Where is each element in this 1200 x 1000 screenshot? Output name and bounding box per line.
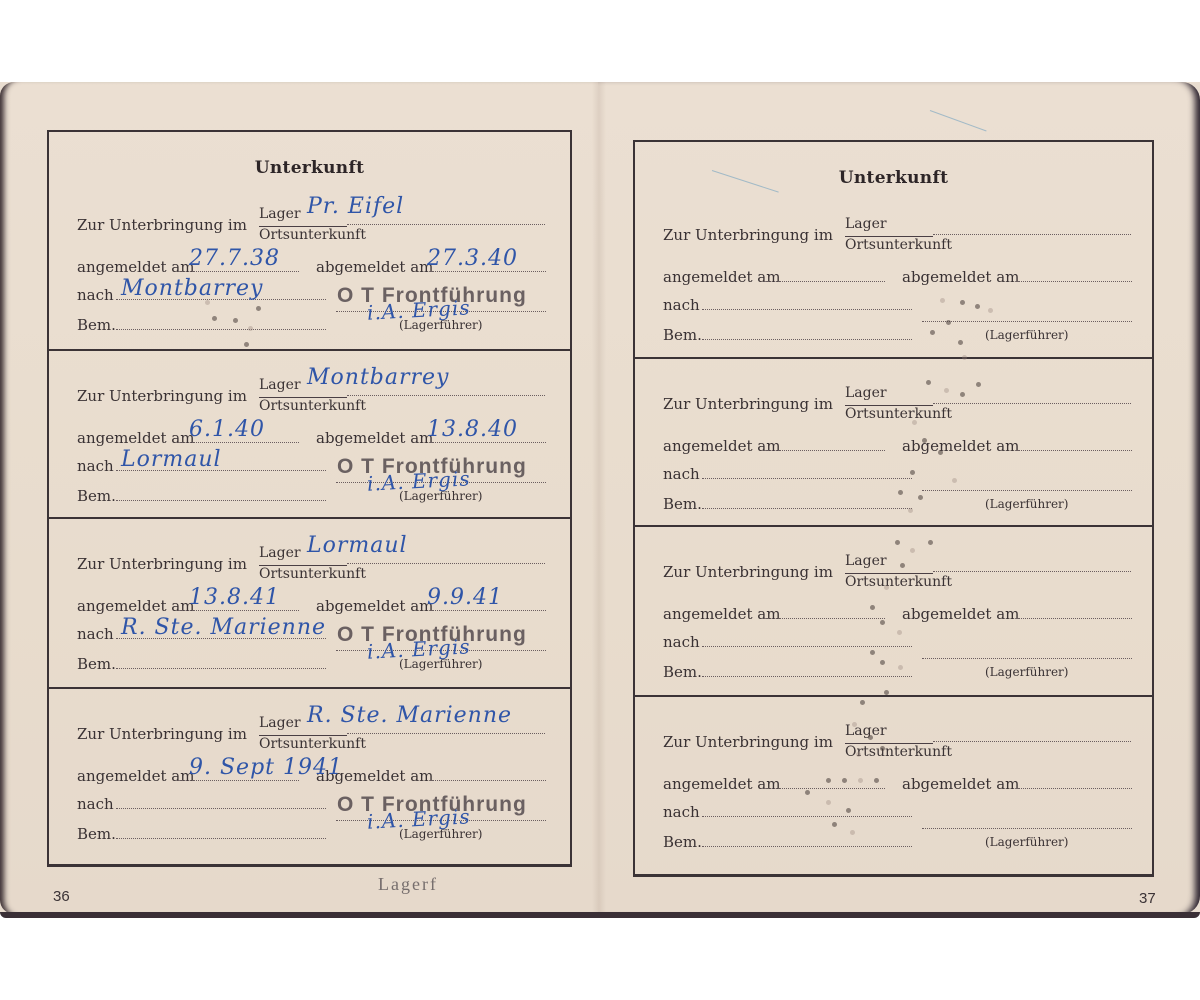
registered-label: angemeldet am bbox=[663, 437, 780, 455]
destination-label: nach bbox=[77, 625, 114, 643]
perforation-hole bbox=[962, 355, 967, 360]
deregistered-label: abgemeldet am bbox=[316, 429, 433, 447]
lager-label: Lager bbox=[259, 206, 301, 222]
perforation-hole bbox=[870, 650, 875, 655]
camp-leader-label: (Lagerführer) bbox=[985, 328, 1068, 342]
perforation-hole bbox=[944, 388, 949, 393]
perforation-hole bbox=[897, 630, 902, 635]
deregistered-date-field[interactable] bbox=[430, 780, 546, 781]
perforation-hole bbox=[900, 563, 905, 568]
accommodation-label: Zur Unterbringung im bbox=[77, 725, 247, 743]
perforation-hole bbox=[856, 752, 861, 757]
handwritten-camp-name: Pr. Eifel bbox=[307, 194, 404, 219]
lager-field[interactable] bbox=[347, 563, 545, 564]
registered-label: angemeldet am bbox=[663, 775, 780, 793]
signature-field[interactable] bbox=[922, 658, 1132, 659]
perforation-hole bbox=[922, 438, 927, 443]
perforation-hole bbox=[256, 306, 261, 311]
perforation-hole bbox=[212, 316, 217, 321]
remark-label: Bem. bbox=[77, 316, 116, 334]
perforation-hole bbox=[898, 665, 903, 670]
lager-label: Lager bbox=[259, 545, 301, 561]
registered-label: angemeldet am bbox=[77, 597, 194, 615]
accommodation-entry: Zur Unterbringung im Lager Ortsunterkunf… bbox=[49, 517, 570, 687]
signature-field[interactable] bbox=[922, 828, 1132, 829]
remark-label: Bem. bbox=[77, 655, 116, 673]
lager-label: Lager bbox=[845, 553, 887, 569]
deregistered-label: abgemeldet am bbox=[902, 268, 1019, 286]
ortsunterkunft-label: Ortsunterkunft bbox=[259, 566, 366, 582]
ortsunterkunft-label: Ortsunterkunft bbox=[845, 237, 952, 253]
accommodation-entry: Zur Unterbringung im Lager Ortsunterkunf… bbox=[49, 687, 570, 867]
handwritten-camp-name: Montbarrey bbox=[307, 365, 449, 390]
page-number-left: 36 bbox=[53, 888, 70, 905]
perforation-hole bbox=[884, 585, 889, 590]
page-number-right: 37 bbox=[1139, 890, 1156, 907]
remark-field[interactable] bbox=[116, 668, 326, 669]
ortsunterkunft-label: Ortsunterkunft bbox=[259, 736, 366, 752]
perforation-hole bbox=[960, 392, 965, 397]
perforation-hole bbox=[930, 330, 935, 335]
accommodation-label: Zur Unterbringung im bbox=[663, 226, 833, 244]
perforation-hole bbox=[910, 548, 915, 553]
remark-label: Bem. bbox=[663, 326, 702, 344]
lager-field[interactable] bbox=[933, 571, 1131, 572]
registered-date-field[interactable] bbox=[764, 450, 885, 451]
perforation-hole bbox=[880, 660, 885, 665]
accommodation-entry: Zur Unterbringung im Lager Ortsunterkunf… bbox=[635, 695, 1152, 877]
signature-field[interactable] bbox=[922, 490, 1132, 491]
ortsunterkunft-label: Ortsunterkunft bbox=[259, 398, 366, 414]
registered-date-field[interactable] bbox=[178, 780, 299, 781]
deregistered-date-field[interactable] bbox=[1016, 450, 1132, 451]
destination-field[interactable] bbox=[702, 478, 912, 479]
perforation-hole bbox=[975, 304, 980, 309]
perforation-hole bbox=[870, 605, 875, 610]
perforation-hole bbox=[860, 700, 865, 705]
deregistered-date-field[interactable] bbox=[430, 610, 546, 611]
registered-label: angemeldet am bbox=[77, 258, 194, 276]
perforation-hole bbox=[868, 735, 873, 740]
accommodation-entry: Zur Unterbringung im Lager Ortsunterkunf… bbox=[635, 525, 1152, 695]
handwritten-deregistered-date: 13.8.40 bbox=[427, 417, 518, 442]
perforation-hole bbox=[976, 382, 981, 387]
book-gutter bbox=[592, 82, 606, 914]
accommodation-entry: Zur Unterbringung im Lager Ortsunterkunf… bbox=[49, 349, 570, 517]
remark-label: Bem. bbox=[663, 833, 702, 851]
perforation-hole bbox=[832, 822, 837, 827]
deregistered-label: abgemeldet am bbox=[902, 437, 1019, 455]
ortsunterkunft-label: Ortsunterkunft bbox=[259, 227, 366, 243]
lager-field[interactable] bbox=[933, 234, 1131, 235]
perforation-hole bbox=[233, 318, 238, 323]
perforation-hole bbox=[850, 830, 855, 835]
ortsunterkunft-label: Ortsunterkunft bbox=[845, 744, 952, 760]
deregistered-date-field[interactable] bbox=[430, 271, 546, 272]
perforation-hole bbox=[988, 308, 993, 313]
perforation-hole bbox=[884, 690, 889, 695]
handwritten-registered-date: 13.8.41 bbox=[189, 585, 280, 610]
ortsunterkunft-label: Ortsunterkunft bbox=[845, 574, 952, 590]
handwritten-registered-date: 6.1.40 bbox=[189, 417, 265, 442]
right-accommodation-table: Unterkunft Zur Unterbringung im Lager Or… bbox=[633, 140, 1154, 877]
destination-label: nach bbox=[663, 296, 700, 314]
registered-date-field[interactable] bbox=[764, 788, 885, 789]
book-spread: Unterkunft Zur Unterbringung im Lager Or… bbox=[0, 82, 1200, 914]
deregistered-date-field[interactable] bbox=[1016, 618, 1132, 619]
accommodation-label: Zur Unterbringung im bbox=[77, 216, 247, 234]
camp-leader-label: (Lagerführer) bbox=[985, 835, 1068, 849]
perforation-hole bbox=[952, 478, 957, 483]
perforation-hole bbox=[880, 620, 885, 625]
handwritten-deregistered-date: 27.3.40 bbox=[427, 246, 518, 271]
ortsunterkunft-label: Ortsunterkunft bbox=[845, 406, 952, 422]
remark-field[interactable] bbox=[116, 329, 326, 330]
perforation-hole bbox=[938, 450, 943, 455]
lager-field[interactable] bbox=[933, 403, 1131, 404]
perforation-hole bbox=[910, 470, 915, 475]
handwritten-destination: R. Ste. Marienne bbox=[121, 615, 326, 640]
accommodation-entry: Zur Unterbringung im Lager Ortsunterkunf… bbox=[635, 357, 1152, 525]
deregistered-label: abgemeldet am bbox=[902, 775, 1019, 793]
signature-field[interactable] bbox=[922, 321, 1132, 322]
perforation-hole bbox=[958, 340, 963, 345]
remark-field[interactable] bbox=[702, 339, 912, 340]
left-page: Unterkunft Zur Unterbringung im Lager Or… bbox=[0, 82, 598, 914]
perforation-hole bbox=[898, 490, 903, 495]
registered-date-field[interactable] bbox=[764, 281, 885, 282]
remark-label: Bem. bbox=[77, 487, 116, 505]
handwritten-registered-date: 9. Sept 1941 bbox=[189, 755, 343, 780]
destination-label: nach bbox=[663, 803, 700, 821]
remark-field[interactable] bbox=[702, 508, 912, 509]
perforation-hole bbox=[928, 540, 933, 545]
perforation-hole bbox=[946, 320, 951, 325]
lager-label: Lager bbox=[259, 715, 301, 731]
registered-date-field[interactable] bbox=[178, 610, 299, 611]
left-accommodation-table: Unterkunft Zur Unterbringung im Lager Or… bbox=[47, 130, 572, 867]
accommodation-label: Zur Unterbringung im bbox=[77, 555, 247, 573]
lager-field[interactable] bbox=[347, 733, 545, 734]
handwritten-destination: Lormaul bbox=[121, 447, 222, 472]
perforation-hole bbox=[842, 778, 847, 783]
destination-label: nach bbox=[663, 465, 700, 483]
registered-date-field[interactable] bbox=[178, 271, 299, 272]
perforation-hole bbox=[248, 326, 253, 331]
perforation-hole bbox=[926, 380, 931, 385]
remark-label: Bem. bbox=[663, 663, 702, 681]
remark-label: Bem. bbox=[77, 825, 116, 843]
perforation-hole bbox=[940, 298, 945, 303]
lager-label: Lager bbox=[259, 377, 301, 393]
perforation-hole bbox=[912, 420, 917, 425]
page-bottom-edge bbox=[0, 912, 1200, 918]
deregistered-date-field[interactable] bbox=[1016, 788, 1132, 789]
handwritten-camp-name: Lormaul bbox=[307, 533, 408, 558]
deregistered-label: abgemeldet am bbox=[316, 258, 433, 276]
handwritten-camp-name: R. Ste. Marienne bbox=[307, 703, 512, 728]
lager-field[interactable] bbox=[347, 224, 545, 225]
lager-label: Lager bbox=[845, 216, 887, 232]
remark-field[interactable] bbox=[702, 676, 912, 677]
registered-label: angemeldet am bbox=[77, 767, 194, 785]
destination-field[interactable] bbox=[702, 309, 912, 310]
perforation-hole bbox=[846, 808, 851, 813]
section-title: Unterkunft bbox=[49, 158, 570, 178]
registered-label: angemeldet am bbox=[77, 429, 194, 447]
destination-label: nach bbox=[663, 633, 700, 651]
deregistered-date-field[interactable] bbox=[430, 442, 546, 443]
remark-field[interactable] bbox=[116, 500, 326, 501]
perforation-hole bbox=[805, 790, 810, 795]
handwritten-deregistered-date: 9.9.41 bbox=[427, 585, 503, 610]
camp-leader-label: (Lagerführer) bbox=[985, 665, 1068, 679]
accommodation-label: Zur Unterbringung im bbox=[663, 395, 833, 413]
destination-field[interactable] bbox=[702, 646, 912, 647]
perforation-hole bbox=[874, 778, 879, 783]
perforation-hole bbox=[826, 800, 831, 805]
lager-field[interactable] bbox=[347, 395, 545, 396]
registered-date-field[interactable] bbox=[178, 442, 299, 443]
perforation-hole bbox=[858, 778, 863, 783]
deregistered-label: abgemeldet am bbox=[316, 597, 433, 615]
deregistered-label: abgemeldet am bbox=[902, 605, 1019, 623]
registered-date-field[interactable] bbox=[764, 618, 885, 619]
registered-label: angemeldet am bbox=[663, 268, 780, 286]
destination-field[interactable] bbox=[116, 808, 326, 809]
remark-field[interactable] bbox=[702, 846, 912, 847]
handwritten-destination: Montbarrey bbox=[121, 276, 263, 301]
lager-field[interactable] bbox=[933, 741, 1131, 742]
perforation-hole bbox=[895, 540, 900, 545]
accommodation-label: Zur Unterbringung im bbox=[663, 733, 833, 751]
accommodation-label: Zur Unterbringung im bbox=[77, 387, 247, 405]
perforation-hole bbox=[826, 778, 831, 783]
perforation-hole bbox=[908, 508, 913, 513]
accommodation-label: Zur Unterbringung im bbox=[663, 563, 833, 581]
accommodation-entry: Unterkunft Zur Unterbringung im Lager Or… bbox=[49, 132, 570, 349]
perforation-hole bbox=[244, 342, 249, 347]
perforation-hole bbox=[880, 746, 885, 751]
perforation-hole bbox=[960, 300, 965, 305]
destination-label: nach bbox=[77, 457, 114, 475]
destination-field[interactable] bbox=[702, 816, 912, 817]
perforation-hole bbox=[918, 495, 923, 500]
registered-label: angemeldet am bbox=[663, 605, 780, 623]
remark-label: Bem. bbox=[663, 495, 702, 513]
accommodation-entry: Unterkunft Zur Unterbringung im Lager Or… bbox=[635, 142, 1152, 357]
camp-leader-label: (Lagerführer) bbox=[985, 497, 1068, 511]
lagerfuehrer-stamp-fragment: Lagerf bbox=[378, 874, 438, 895]
remark-field[interactable] bbox=[116, 838, 326, 839]
handwritten-registered-date: 27.7.38 bbox=[189, 246, 280, 271]
destination-label: nach bbox=[77, 795, 114, 813]
destination-label: nach bbox=[77, 286, 114, 304]
lager-label: Lager bbox=[845, 385, 887, 401]
perforation-hole bbox=[852, 722, 857, 727]
deregistered-date-field[interactable] bbox=[1016, 281, 1132, 282]
perforation-hole bbox=[205, 300, 210, 305]
